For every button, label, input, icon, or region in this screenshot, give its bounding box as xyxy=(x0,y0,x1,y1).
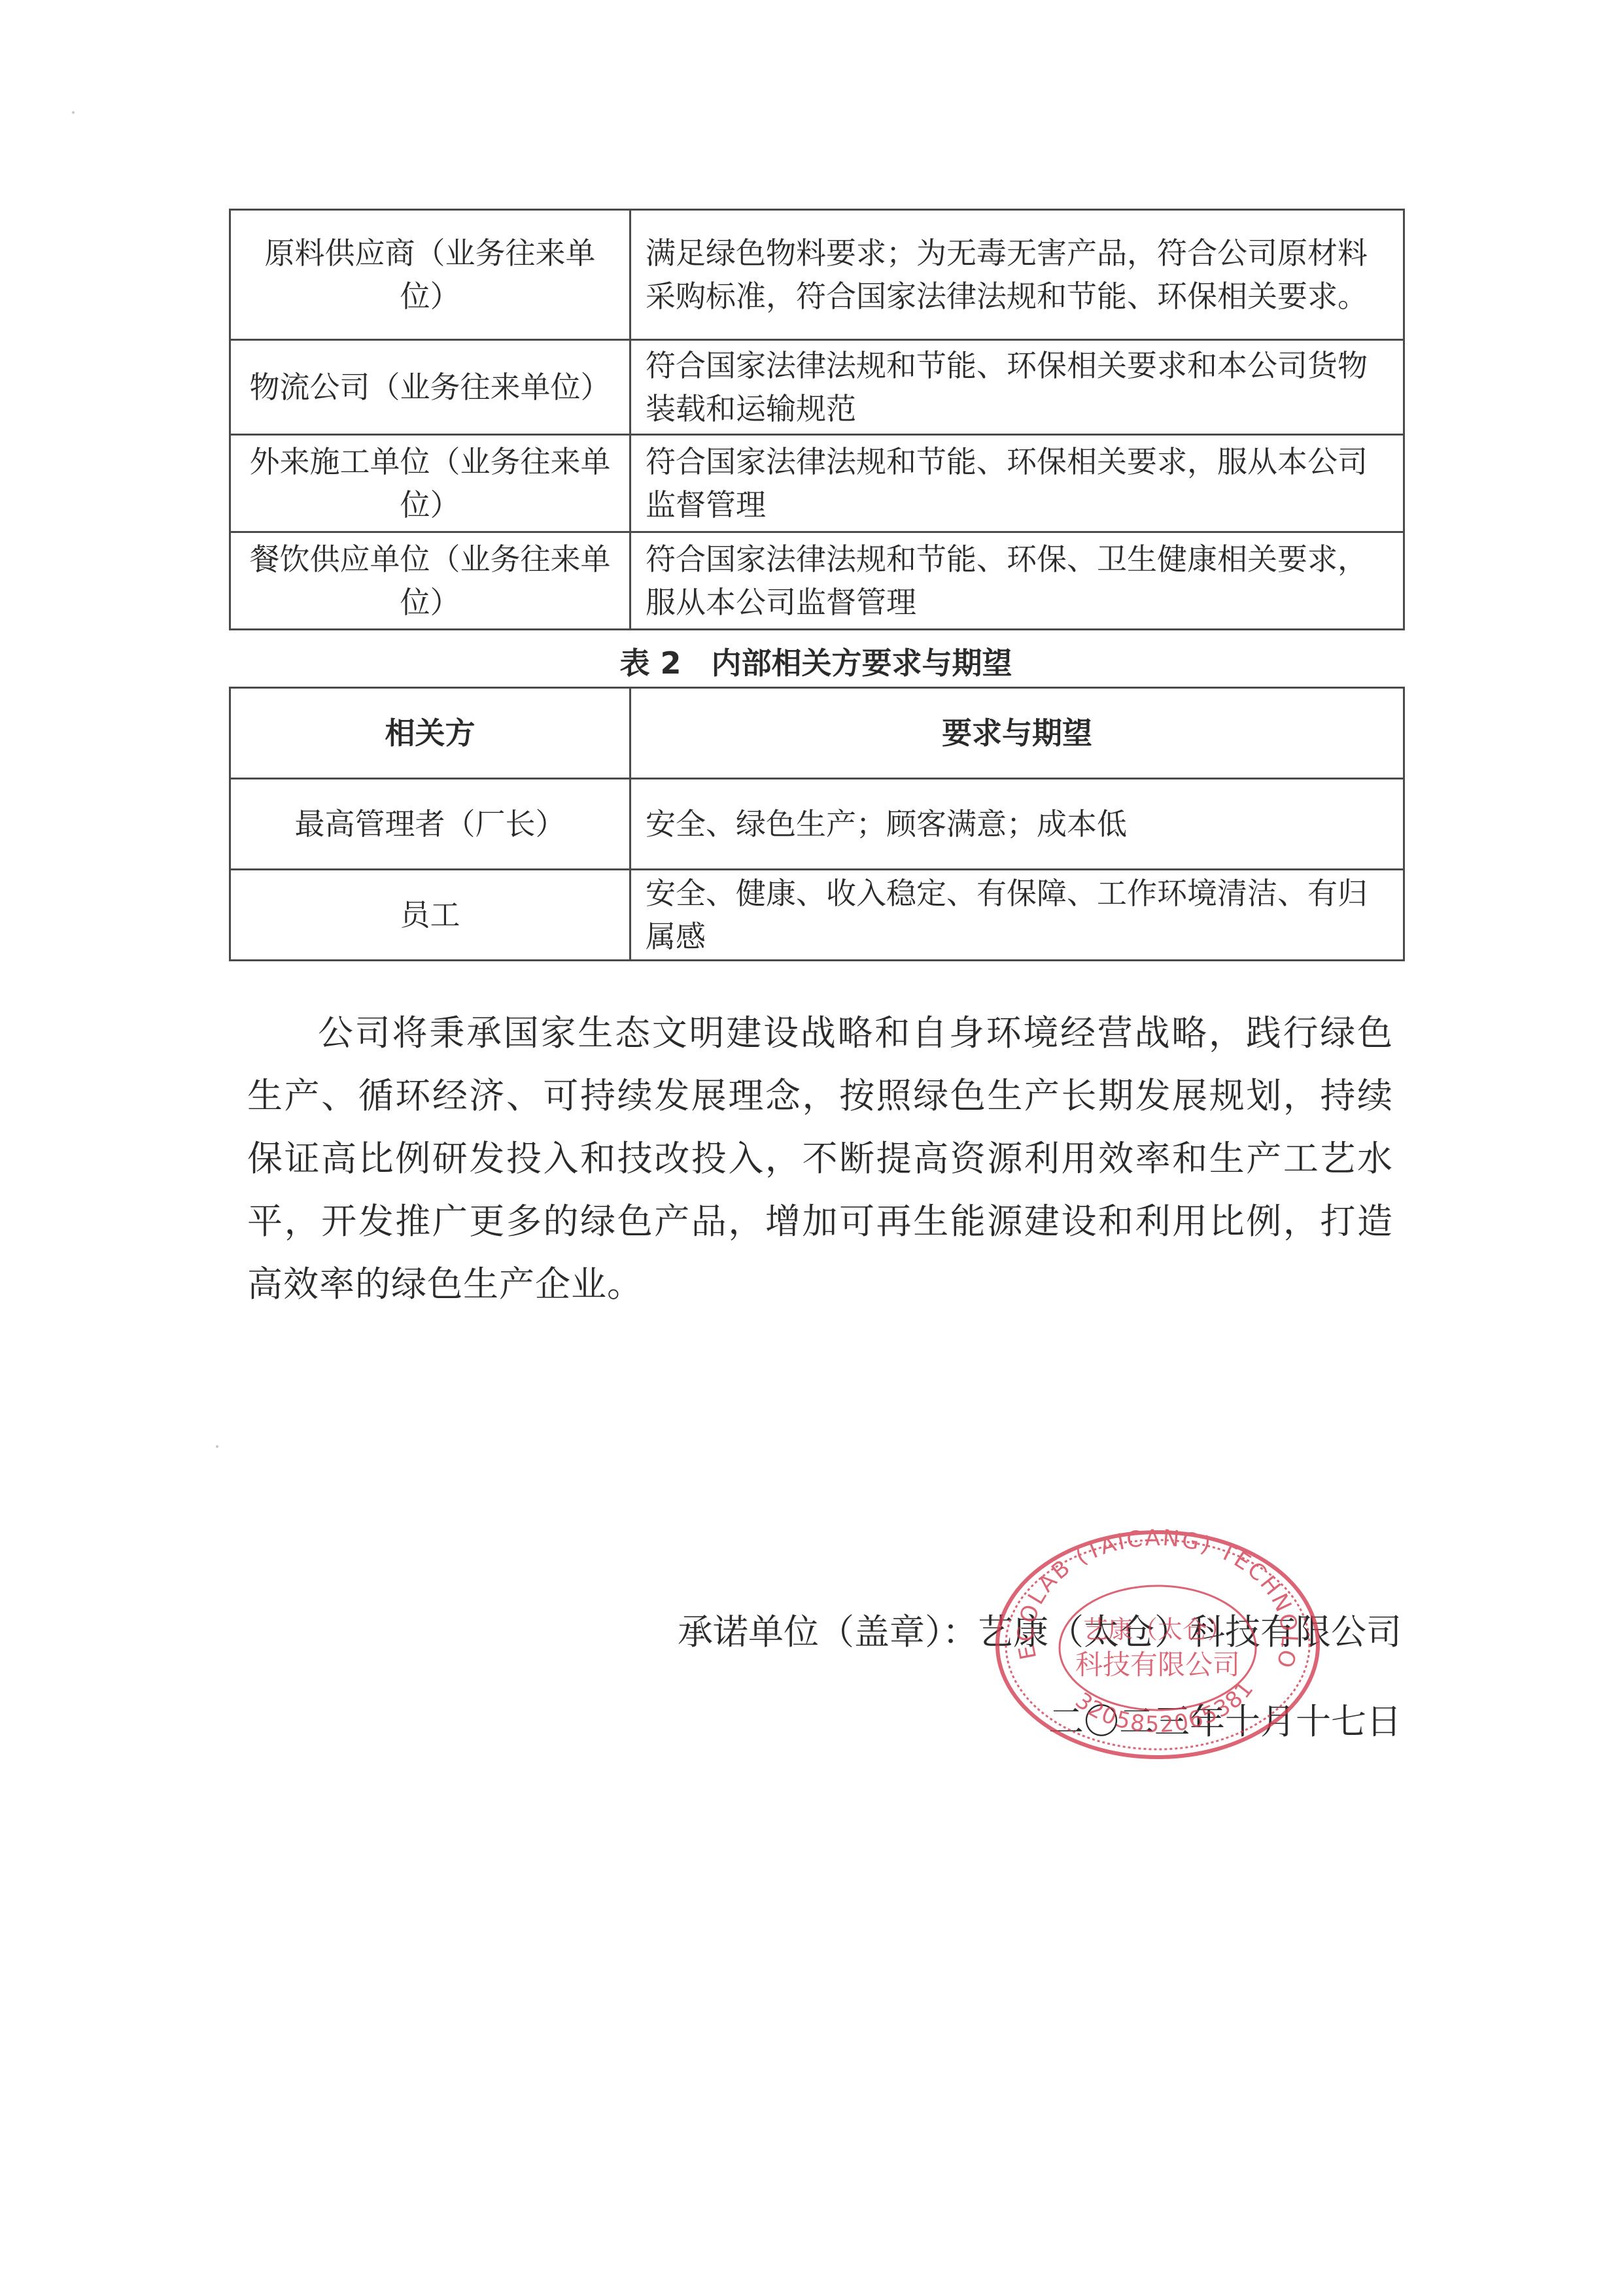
table-row: 原料供应商（业务往来单位） 满足绿色物料要求；为无毒无害产品，符合公司原材料采购… xyxy=(230,210,1404,340)
table-row: 外来施工单位（业务往来单位） 符合国家法律法规和节能、环保相关要求，服从本公司监… xyxy=(230,435,1404,532)
party-cell: 员工 xyxy=(230,870,631,961)
table-row: 最高管理者（厂长） 安全、绿色生产；顾客满意；成本低 xyxy=(230,779,1404,870)
document-page: 原料供应商（业务往来单位） 满足绿色物料要求；为无毒无害产品，符合公司原材料采购… xyxy=(0,0,1624,2296)
svg-text:科技有限公司: 科技有限公司 xyxy=(1075,1649,1240,1681)
seal-icon: ECOLAB (TAICANG) TECHNOLOGY CO., LTD. 32… xyxy=(991,1527,1324,1762)
requirement-cell: 符合国家法律法规和节能、环保相关要求和本公司货物装载和运输规范 xyxy=(631,340,1404,435)
table2-caption: 表 2 内部相关方要求与期望 xyxy=(229,640,1403,683)
requirement-cell: 安全、健康、收入稳定、有保障、工作环境清洁、有归属感 xyxy=(631,870,1404,961)
requirement-cell: 符合国家法律法规和节能、环保相关要求，服从本公司监督管理 xyxy=(631,435,1404,532)
table-row: 物流公司（业务往来单位） 符合国家法律法规和节能、环保相关要求和本公司货物装载和… xyxy=(230,340,1404,435)
header-requirement: 要求与期望 xyxy=(631,688,1404,779)
requirement-cell: 安全、绿色生产；顾客满意；成本低 xyxy=(631,779,1404,870)
scan-speck xyxy=(72,111,75,114)
requirement-cell: 满足绿色物料要求；为无毒无害产品，符合公司原材料采购标准，符合国家法律法规和节能… xyxy=(631,210,1404,340)
scan-speck xyxy=(216,1445,218,1448)
commitment-paragraph: 公司将秉承国家生态文明建设战略和自身环境经营战略，践行绿色生产、循环经济、可持续… xyxy=(247,1002,1393,1316)
table-row: 员工 安全、健康、收入稳定、有保障、工作环境清洁、有归属感 xyxy=(230,870,1404,961)
party-cell: 原料供应商（业务往来单位） xyxy=(230,210,631,340)
requirement-cell: 符合国家法律法规和节能、环保、卫生健康相关要求，服从本公司监督管理 xyxy=(631,532,1404,630)
table-row: 餐饮供应单位（业务往来单位） 符合国家法律法规和节能、环保、卫生健康相关要求，服… xyxy=(230,532,1404,630)
internal-parties-table: 相关方 要求与期望 最高管理者（厂长） 安全、绿色生产；顾客满意；成本低 员工 … xyxy=(229,687,1405,961)
svg-text:3205852065381: 3205852065381 xyxy=(1070,1675,1259,1738)
company-seal-stamp: ECOLAB (TAICANG) TECHNOLOGY CO., LTD. 32… xyxy=(991,1527,1324,1762)
party-cell: 外来施工单位（业务往来单位） xyxy=(230,435,631,532)
party-cell: 餐饮供应单位（业务往来单位） xyxy=(230,532,631,630)
table-header-row: 相关方 要求与期望 xyxy=(230,688,1404,779)
svg-text:艺康（太仓）: 艺康（太仓） xyxy=(1083,1615,1232,1644)
party-cell: 最高管理者（厂长） xyxy=(230,779,631,870)
external-parties-table: 原料供应商（业务往来单位） 满足绿色物料要求；为无毒无害产品，符合公司原材料采购… xyxy=(229,209,1405,630)
header-party: 相关方 xyxy=(230,688,631,779)
party-cell: 物流公司（业务往来单位） xyxy=(230,340,631,435)
